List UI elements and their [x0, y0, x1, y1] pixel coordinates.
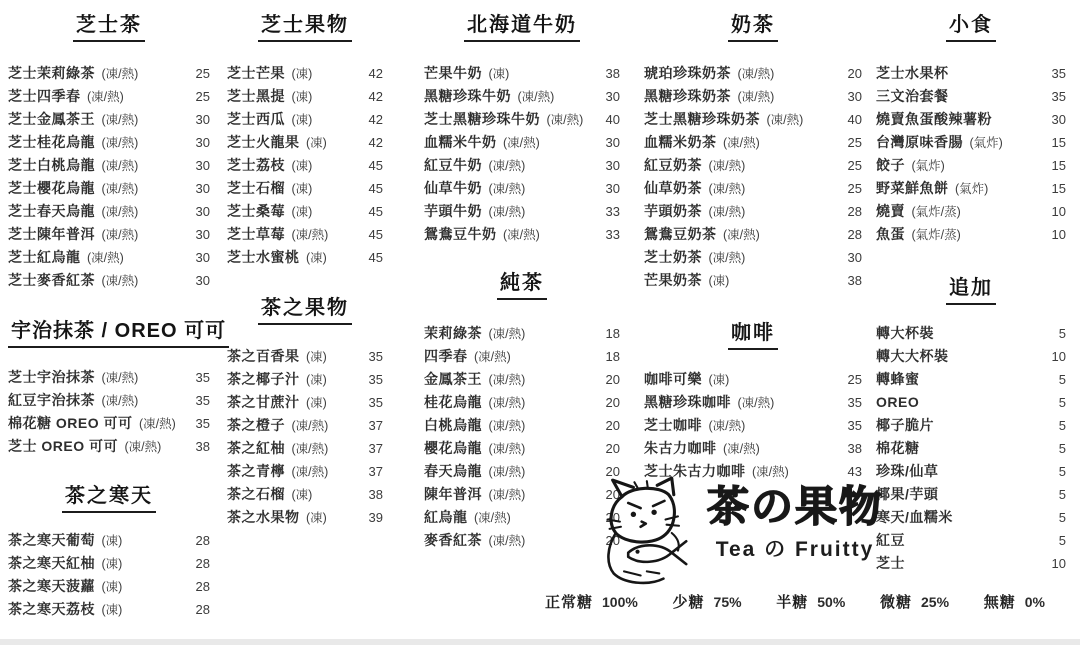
item-price: 35 — [1052, 62, 1066, 85]
item-name: 棉花糖 OREO 可可 (凍/熱) — [8, 412, 176, 436]
menu-item-row: 茶之紅柚 (凍/熱)37 — [227, 437, 383, 460]
item-variant: (凍/熱) — [705, 205, 745, 219]
menu-item-row: 黑糖珍珠咖啡 (凍/熱)35 — [644, 391, 862, 414]
item-name: 黑糖珍珠咖啡 (凍/熱) — [644, 391, 774, 415]
menu-section-cheese-fruit: 芝士果物 芝士芒果 (凍)42芝士黑提 (凍)42芝士西瓜 (凍)42芝士火龍果… — [227, 12, 383, 269]
item-name: 芝士宇治抹茶 (凍/熱) — [8, 366, 138, 390]
menu-item-row: 芝士芒果 (凍)42 — [227, 62, 383, 85]
item-name: 芝士桂花烏龍 (凍/熱) — [8, 131, 138, 155]
item-variant: (凍/熱) — [98, 371, 138, 385]
menu-item-row: 寒天/血糯米5 — [876, 506, 1066, 529]
item-name: 四季春 (凍/熱) — [424, 345, 511, 369]
menu-item-row: 芝士西瓜 (凍)42 — [227, 108, 383, 131]
menu-item-row: 芝士陳年普洱 (凍/熱)30 — [8, 223, 210, 246]
menu-item-row: 茶之石榴 (凍)38 — [227, 483, 383, 506]
item-variant: (凍/熱) — [98, 113, 138, 127]
menu-item-row: 芝士茉莉綠茶 (凍/熱)25 — [8, 62, 210, 85]
section-title: 咖啡 — [728, 320, 778, 350]
item-variant: (凍/熱) — [485, 182, 525, 196]
item-variant: (凍) — [288, 182, 312, 196]
item-name: 芝士紅烏龍 (凍/熱) — [8, 246, 124, 270]
item-name: 琥珀珍珠奶茶 (凍/熱) — [644, 62, 774, 86]
item-variant: (凍/熱) — [485, 396, 525, 410]
item-name: OREO — [876, 391, 919, 414]
item-name: 紅豆宇治抹茶 (凍/熱) — [8, 389, 138, 413]
item-name: 台灣原味香腸 (氣炸) — [876, 131, 1003, 155]
item-variant: (凍/熱) — [734, 396, 774, 410]
menu-item-row: 椰子脆片5 — [876, 414, 1066, 437]
menu-item-row: 魚蛋 (氣炸/蒸)10 — [876, 223, 1066, 246]
item-price: 28 — [196, 575, 210, 598]
menu-item-row: 芝士四季春 (凍/熱)25 — [8, 85, 210, 108]
item-variant: (凍) — [303, 373, 327, 387]
menu-item-row: 芝士桑莓 (凍)45 — [227, 200, 383, 223]
item-name: 魚蛋 (氣炸/蒸) — [876, 223, 961, 247]
item-variant: (凍/熱) — [98, 136, 138, 150]
menu-item-row: 紅豆5 — [876, 529, 1066, 552]
item-price: 42 — [369, 62, 383, 85]
item-price: 10 — [1052, 200, 1066, 223]
sugar-level-label: 正常糖 — [545, 591, 593, 612]
item-name: 芝士黑糖珍珠牛奶 (凍/熱) — [424, 108, 583, 132]
item-name: 芝士黑提 (凍) — [227, 85, 312, 109]
item-name: 紅豆牛奶 (凍/熱) — [424, 154, 525, 178]
item-price: 35 — [848, 391, 862, 414]
item-variant: (凍/熱) — [514, 90, 554, 104]
item-price: 20 — [848, 62, 862, 85]
menu-item-row: 芝士金鳳茶王 (凍/熱)30 — [8, 108, 210, 131]
menu-item-row: 椰果/芋頭5 — [876, 483, 1066, 506]
item-variant: (氣炸) — [952, 182, 989, 196]
item-name: 芝士咖啡 (凍/熱) — [644, 414, 745, 438]
item-price: 42 — [369, 131, 383, 154]
item-variant: (氣炸/蒸) — [908, 205, 961, 219]
item-variant: (凍) — [303, 511, 327, 525]
item-variant: (氣炸/蒸) — [908, 228, 961, 242]
item-variant: (凍) — [303, 136, 327, 150]
item-name: 咖啡可樂 (凍) — [644, 368, 729, 392]
menu-item-row: 燒賣 (氣炸/蒸)10 — [876, 200, 1066, 223]
menu-item-row: 紅豆奶茶 (凍/熱)25 — [644, 154, 862, 177]
item-name: 金鳳茶王 (凍/熱) — [424, 368, 525, 392]
menu-item-row: 芝士黑提 (凍)42 — [227, 85, 383, 108]
item-price: 5 — [1059, 483, 1066, 506]
item-price: 20 — [606, 368, 620, 391]
item-price: 38 — [606, 62, 620, 85]
item-price: 30 — [196, 269, 210, 292]
page-bottom-edge — [0, 639, 1080, 645]
item-price: 20 — [606, 414, 620, 437]
item-name: 芝士黑糖珍珠奶茶 (凍/熱) — [644, 108, 803, 132]
item-variant: (凍) — [705, 274, 729, 288]
item-price: 30 — [196, 131, 210, 154]
item-price: 35 — [196, 412, 210, 435]
section-title: 芝士茶 — [73, 12, 145, 42]
item-name: 芝士火龍果 (凍) — [227, 131, 327, 155]
menu-item-row: 芝士草莓 (凍/熱)45 — [227, 223, 383, 246]
item-name: 茶之石榴 (凍) — [227, 483, 312, 507]
menu-item-row: 芝士宇治抹茶 (凍/熱)35 — [8, 366, 210, 389]
item-name: 芝士芒果 (凍) — [227, 62, 312, 86]
item-variant: (凍/熱) — [705, 419, 745, 433]
item-variant: (凍/熱) — [720, 136, 760, 150]
item-variant: (凍/熱) — [98, 159, 138, 173]
item-name: 芝士 OREO 可可 (凍/熱) — [8, 435, 161, 459]
brand-name-cn: 茶の果物 — [702, 478, 888, 536]
menu-section-cheese-tea: 芝士茶 芝士茉莉綠茶 (凍/熱)25芝士四季春 (凍/熱)25芝士金鳳茶王 (凍… — [8, 12, 210, 292]
item-name: 茶之紅柚 (凍/熱) — [227, 437, 328, 461]
item-price: 18 — [606, 345, 620, 368]
item-price: 39 — [369, 506, 383, 529]
item-variant: (凍) — [303, 396, 327, 410]
item-price: 5 — [1059, 506, 1066, 529]
item-price: 42 — [369, 85, 383, 108]
item-price: 37 — [369, 414, 383, 437]
item-name: 仙草奶茶 (凍/熱) — [644, 177, 745, 201]
menu-item-row: 芝士火龍果 (凍)42 — [227, 131, 383, 154]
item-name: 轉蜂蜜 — [876, 368, 920, 391]
item-variant: (凍/熱) — [471, 511, 511, 525]
item-name: 芝士麥香紅茶 (凍/熱) — [8, 269, 138, 293]
menu-item-row: 金鳳茶王 (凍/熱)20 — [424, 368, 620, 391]
item-name: 棉花糖 — [876, 437, 920, 460]
menu-item-row: 芋頭牛奶 (凍/熱)33 — [424, 200, 620, 223]
item-price: 30 — [196, 200, 210, 223]
item-price: 30 — [606, 177, 620, 200]
sugar-level-value: 0% — [1025, 594, 1045, 610]
sugar-level-label: 半糖 — [776, 591, 808, 612]
menu-page: 芝士茶 芝士茉莉綠茶 (凍/熱)25芝士四季春 (凍/熱)25芝士金鳳茶王 (凍… — [0, 0, 1080, 645]
item-variant: (凍/熱) — [705, 159, 745, 173]
section-items: 芒果牛奶 (凍)38黑糖珍珠牛奶 (凍/熱)30芝士黑糖珍珠牛奶 (凍/熱)40… — [424, 62, 620, 246]
item-name: 轉大杯裝 — [876, 322, 934, 345]
sugar-level-label: 無糖 — [984, 591, 1016, 612]
item-name: 茶之寒天紅柚 (凍) — [8, 552, 122, 576]
item-name: 芝士水果杯 — [876, 62, 949, 85]
item-price: 33 — [606, 200, 620, 223]
item-name: 芝士草莓 (凍/熱) — [227, 223, 328, 247]
sugar-level-item: 正常糖100% — [545, 591, 638, 612]
menu-item-row: 棉花糖 OREO 可可 (凍/熱)35 — [8, 412, 210, 435]
menu-item-row: 芝士黑糖珍珠牛奶 (凍/熱)40 — [424, 108, 620, 131]
item-name: 桂花烏龍 (凍/熱) — [424, 391, 525, 415]
item-variant: (凍) — [288, 488, 312, 502]
item-variant: (凍/熱) — [98, 274, 138, 288]
item-name: 茉莉綠茶 (凍/熱) — [424, 322, 525, 346]
item-name: 仙草牛奶 (凍/熱) — [424, 177, 525, 201]
item-variant: (凍/熱) — [288, 228, 328, 242]
item-price: 5 — [1059, 529, 1066, 552]
item-name: 芝士白桃烏龍 (凍/熱) — [8, 154, 138, 178]
item-price: 20 — [606, 437, 620, 460]
sugar-level-item: 無糖0% — [984, 591, 1045, 612]
item-price: 10 — [1052, 345, 1066, 368]
item-name: 黑糖珍珠奶茶 (凍/熱) — [644, 85, 774, 109]
sugar-level-value: 50% — [817, 594, 845, 610]
item-price: 30 — [1052, 108, 1066, 131]
item-variant: (凍/熱) — [485, 442, 525, 456]
menu-item-row: 仙草奶茶 (凍/熱)25 — [644, 177, 862, 200]
section-title: 純茶 — [497, 270, 547, 300]
sugar-level-legend: 正常糖100%少糖75%半糖50%微糖25%無糖0% — [545, 591, 1045, 612]
menu-item-row: 芝士櫻花烏龍 (凍/熱)30 — [8, 177, 210, 200]
item-price: 45 — [369, 246, 383, 269]
item-name: 茶之寒天菠蘿 (凍) — [8, 575, 122, 599]
section-items: 茶之寒天葡萄 (凍)28茶之寒天紅柚 (凍)28茶之寒天菠蘿 (凍)28茶之寒天… — [8, 529, 210, 621]
item-variant: (凍/熱) — [471, 350, 511, 364]
menu-item-row: 茶之寒天紅柚 (凍)28 — [8, 552, 210, 575]
item-variant: (凍/熱) — [734, 90, 774, 104]
menu-item-row: 芝士咖啡 (凍/熱)35 — [644, 414, 862, 437]
item-name: 芝士奶茶 (凍/熱) — [644, 246, 745, 270]
section-title: 茶之寒天 — [62, 483, 156, 513]
item-variant: (凍/熱) — [734, 67, 774, 81]
menu-item-row: 餃子 (氣炸)15 — [876, 154, 1066, 177]
item-variant: (凍) — [288, 113, 312, 127]
section-items: 轉大杯裝5轉大大杯裝10轉蜂蜜5OREO5椰子脆片5棉花糖5珍珠/仙草5椰果/芋… — [876, 322, 1066, 575]
menu-item-row: 茶之百香果 (凍)35 — [227, 345, 383, 368]
item-name: 血糯米奶茶 (凍/熱) — [644, 131, 760, 155]
sugar-level-value: 100% — [602, 594, 638, 610]
item-price: 35 — [369, 368, 383, 391]
item-price: 25 — [848, 177, 862, 200]
item-variant: (凍) — [705, 373, 729, 387]
menu-item-row: 茶之寒天荔枝 (凍)28 — [8, 598, 210, 621]
menu-item-row: 琥珀珍珠奶茶 (凍/熱)20 — [644, 62, 862, 85]
item-name: 芝士水蜜桃 (凍) — [227, 246, 327, 270]
menu-item-row: 轉大大杯裝10 — [876, 345, 1066, 368]
menu-item-row: 轉大杯裝5 — [876, 322, 1066, 345]
item-variant: (凍/熱) — [720, 228, 760, 242]
menu-section-add-ons: 追加 轉大杯裝5轉大大杯裝10轉蜂蜜5OREO5椰子脆片5棉花糖5珍珠/仙草5椰… — [876, 275, 1066, 575]
item-variant: (凍/熱) — [288, 442, 328, 456]
item-price: 35 — [1052, 85, 1066, 108]
menu-item-row: 黑糖珍珠奶茶 (凍/熱)30 — [644, 85, 862, 108]
menu-item-row: 茶之椰子汁 (凍)35 — [227, 368, 383, 391]
section-title: 茶之果物 — [258, 295, 352, 325]
section-title: 追加 — [946, 275, 996, 305]
item-name: 黑糖珍珠牛奶 (凍/熱) — [424, 85, 554, 109]
menu-item-row: 血糯米奶茶 (凍/熱)25 — [644, 131, 862, 154]
menu-item-row: 鴛鴦豆牛奶 (凍/熱)33 — [424, 223, 620, 246]
menu-item-row: 紅烏龍 (凍/熱)20 — [424, 506, 620, 529]
item-variant: (凍/熱) — [720, 442, 760, 456]
menu-item-row: 轉蜂蜜5 — [876, 368, 1066, 391]
item-variant: (凍) — [288, 159, 312, 173]
item-variant: (凍) — [303, 350, 327, 364]
item-price: 45 — [369, 154, 383, 177]
item-price: 30 — [196, 223, 210, 246]
item-variant: (凍/熱) — [84, 251, 124, 265]
sugar-level-item: 微糖25% — [880, 591, 949, 612]
item-price: 45 — [369, 200, 383, 223]
item-variant: (凍/熱) — [98, 228, 138, 242]
item-variant: (凍/熱) — [485, 419, 525, 433]
menu-item-row: 茶之甘蔗汁 (凍)35 — [227, 391, 383, 414]
item-name: 茶之橙子 (凍/熱) — [227, 414, 328, 438]
item-price: 5 — [1059, 368, 1066, 391]
item-price: 28 — [196, 552, 210, 575]
item-price: 30 — [196, 246, 210, 269]
item-variant: (凍/熱) — [485, 159, 525, 173]
item-variant: (凍/熱) — [98, 67, 138, 81]
item-price: 40 — [606, 108, 620, 131]
item-name: 芋頭牛奶 (凍/熱) — [424, 200, 525, 224]
item-price: 45 — [369, 223, 383, 246]
menu-section-coffee: 咖啡 咖啡可樂 (凍)25黑糖珍珠咖啡 (凍/熱)35芝士咖啡 (凍/熱)35朱… — [644, 320, 862, 483]
item-name: 麥香紅茶 (凍/熱) — [424, 529, 525, 553]
menu-item-row: 黑糖珍珠牛奶 (凍/熱)30 — [424, 85, 620, 108]
item-price: 30 — [196, 154, 210, 177]
item-price: 5 — [1059, 437, 1066, 460]
item-name: 茶之寒天荔枝 (凍) — [8, 598, 122, 622]
item-name: 紅烏龍 (凍/熱) — [424, 506, 511, 530]
item-price: 5 — [1059, 414, 1066, 437]
item-price: 35 — [196, 389, 210, 412]
item-price: 30 — [606, 131, 620, 154]
menu-item-row: 芝士白桃烏龍 (凍/熱)30 — [8, 154, 210, 177]
sugar-level-value: 25% — [921, 594, 949, 610]
item-variant: (凍/熱) — [485, 327, 525, 341]
item-name: 芒果牛奶 (凍) — [424, 62, 509, 86]
menu-item-row: 茉莉綠茶 (凍/熱)18 — [424, 322, 620, 345]
menu-item-row: 茶之水果物 (凍)39 — [227, 506, 383, 529]
menu-section-snacks: 小食 芝士水果杯35三文治套餐35燒賣魚蛋酸辣薯粉30台灣原味香腸 (氣炸)15… — [876, 12, 1066, 246]
menu-item-row: 芝士 OREO 可可 (凍/熱)38 — [8, 435, 210, 458]
item-variant: (凍/熱) — [485, 488, 525, 502]
item-name: 茶之青檸 (凍/熱) — [227, 460, 328, 484]
sugar-level-label: 少糖 — [673, 591, 705, 612]
menu-item-row: 春天烏龍 (凍/熱)20 — [424, 460, 620, 483]
item-name: 茶之水果物 (凍) — [227, 506, 327, 530]
item-variant: (凍) — [303, 251, 327, 265]
item-price: 28 — [196, 598, 210, 621]
item-price: 30 — [606, 154, 620, 177]
menu-item-row: 芝士荔枝 (凍)45 — [227, 154, 383, 177]
menu-section-milk-tea: 奶茶 琥珀珍珠奶茶 (凍/熱)20黑糖珍珠奶茶 (凍/熱)30芝士黑糖珍珠奶茶 … — [644, 12, 862, 292]
item-price: 35 — [369, 391, 383, 414]
brand-logo: 茶の果物 Tea の Fruitty — [598, 470, 888, 595]
menu-item-row: 麥香紅茶 (凍/熱)20 — [424, 529, 620, 552]
menu-item-row: 芝士紅烏龍 (凍/熱)30 — [8, 246, 210, 269]
item-name: 轉大大杯裝 — [876, 345, 949, 368]
menu-item-row: 台灣原味香腸 (氣炸)15 — [876, 131, 1066, 154]
item-name: 野菜鮮魚餅 (氣炸) — [876, 177, 988, 201]
section-title: 奶茶 — [728, 12, 778, 42]
section-title: 宇治抹茶 / OREO 可可 — [8, 318, 229, 348]
item-variant: (凍) — [98, 580, 122, 594]
item-name: 芝士荔枝 (凍) — [227, 154, 312, 178]
item-price: 5 — [1059, 460, 1066, 483]
item-price: 30 — [606, 85, 620, 108]
menu-item-row: 血糯米牛奶 (凍/熱)30 — [424, 131, 620, 154]
item-name: 芝士春天烏龍 (凍/熱) — [8, 200, 138, 224]
menu-item-row: OREO5 — [876, 391, 1066, 414]
menu-item-row: 桂花烏龍 (凍/熱)20 — [424, 391, 620, 414]
item-name: 茶之甘蔗汁 (凍) — [227, 391, 327, 415]
item-name: 芝士陳年普洱 (凍/熱) — [8, 223, 138, 247]
item-name: 芋頭奶茶 (凍/熱) — [644, 200, 745, 224]
item-price: 20 — [606, 391, 620, 414]
item-price: 25 — [196, 62, 210, 85]
item-variant: (凍) — [485, 67, 509, 81]
menu-item-row: 芝士桂花烏龍 (凍/熱)30 — [8, 131, 210, 154]
item-price: 28 — [196, 529, 210, 552]
item-name: 芝士茉莉綠茶 (凍/熱) — [8, 62, 138, 86]
menu-item-row: 仙草牛奶 (凍/熱)30 — [424, 177, 620, 200]
item-name: 茶之椰子汁 (凍) — [227, 368, 327, 392]
item-variant: (凍) — [288, 90, 312, 104]
item-name: 血糯米牛奶 (凍/熱) — [424, 131, 540, 155]
item-name: 芝士四季春 (凍/熱) — [8, 85, 124, 109]
item-name: 餃子 (氣炸) — [876, 154, 945, 178]
menu-item-row: 四季春 (凍/熱)18 — [424, 345, 620, 368]
menu-item-row: 野菜鮮魚餅 (氣炸)15 — [876, 177, 1066, 200]
menu-section-tea-fruit: 茶之果物 茶之百香果 (凍)35茶之椰子汁 (凍)35茶之甘蔗汁 (凍)35茶之… — [227, 295, 383, 529]
item-name: 紅豆奶茶 (凍/熱) — [644, 154, 745, 178]
menu-section-pure-tea: 純茶 茉莉綠茶 (凍/熱)18四季春 (凍/熱)18金鳳茶王 (凍/熱)20桂花… — [424, 270, 620, 552]
item-price: 18 — [606, 322, 620, 345]
section-items: 芝士宇治抹茶 (凍/熱)35紅豆宇治抹茶 (凍/熱)35棉花糖 OREO 可可 … — [8, 366, 210, 458]
item-price: 15 — [1052, 131, 1066, 154]
item-price: 15 — [1052, 154, 1066, 177]
item-price: 25 — [848, 154, 862, 177]
menu-item-row: 珍珠/仙草5 — [876, 460, 1066, 483]
item-name: 芝士櫻花烏龍 (凍/熱) — [8, 177, 138, 201]
item-variant: (凍/熱) — [705, 251, 745, 265]
item-variant: (凍) — [98, 534, 122, 548]
section-items: 琥珀珍珠奶茶 (凍/熱)20黑糖珍珠奶茶 (凍/熱)30芝士黑糖珍珠奶茶 (凍/… — [644, 62, 862, 292]
item-variant: (凍/熱) — [485, 373, 525, 387]
item-name: 芝士石榴 (凍) — [227, 177, 312, 201]
item-price: 35 — [369, 345, 383, 368]
menu-item-row: 鴛鴦豆奶茶 (凍/熱)28 — [644, 223, 862, 246]
menu-section-hokkaido-milk: 北海道牛奶 芒果牛奶 (凍)38黑糖珍珠牛奶 (凍/熱)30芝士黑糖珍珠牛奶 (… — [424, 12, 620, 246]
item-variant: (凍/熱) — [84, 90, 124, 104]
item-price: 33 — [606, 223, 620, 246]
item-price: 38 — [848, 437, 862, 460]
sugar-level-label: 微糖 — [880, 591, 912, 612]
menu-item-row: 芝士春天烏龍 (凍/熱)30 — [8, 200, 210, 223]
item-price: 25 — [848, 131, 862, 154]
item-variant: (凍/熱) — [288, 465, 328, 479]
menu-item-row: 紅豆牛奶 (凍/熱)30 — [424, 154, 620, 177]
menu-item-row: 紅豆宇治抹茶 (凍/熱)35 — [8, 389, 210, 412]
item-variant: (氣炸) — [966, 136, 1003, 150]
item-name: 朱古力咖啡 (凍/熱) — [644, 437, 760, 461]
item-variant: (凍/熱) — [500, 228, 540, 242]
menu-item-row: 芒果奶茶 (凍)38 — [644, 269, 862, 292]
item-variant: (凍) — [98, 557, 122, 571]
menu-item-row: 芝士10 — [876, 552, 1066, 575]
item-price: 10 — [1052, 552, 1066, 575]
menu-item-row: 芒果牛奶 (凍)38 — [424, 62, 620, 85]
menu-item-row: 朱古力咖啡 (凍/熱)38 — [644, 437, 862, 460]
item-name: 櫻花烏龍 (凍/熱) — [424, 437, 525, 461]
item-variant: (凍/熱) — [288, 419, 328, 433]
item-price: 30 — [848, 246, 862, 269]
item-name: 芝士桑莓 (凍) — [227, 200, 312, 224]
item-name: 椰子脆片 — [876, 414, 934, 437]
item-variant: (凍/熱) — [98, 182, 138, 196]
item-name: 鴛鴦豆奶茶 (凍/熱) — [644, 223, 760, 247]
item-price: 35 — [848, 414, 862, 437]
item-variant: (凍/熱) — [500, 136, 540, 150]
item-variant: (凍) — [288, 205, 312, 219]
item-price: 15 — [1052, 177, 1066, 200]
item-name: 芝士金鳳茶王 (凍/熱) — [8, 108, 138, 132]
item-price: 5 — [1059, 391, 1066, 414]
